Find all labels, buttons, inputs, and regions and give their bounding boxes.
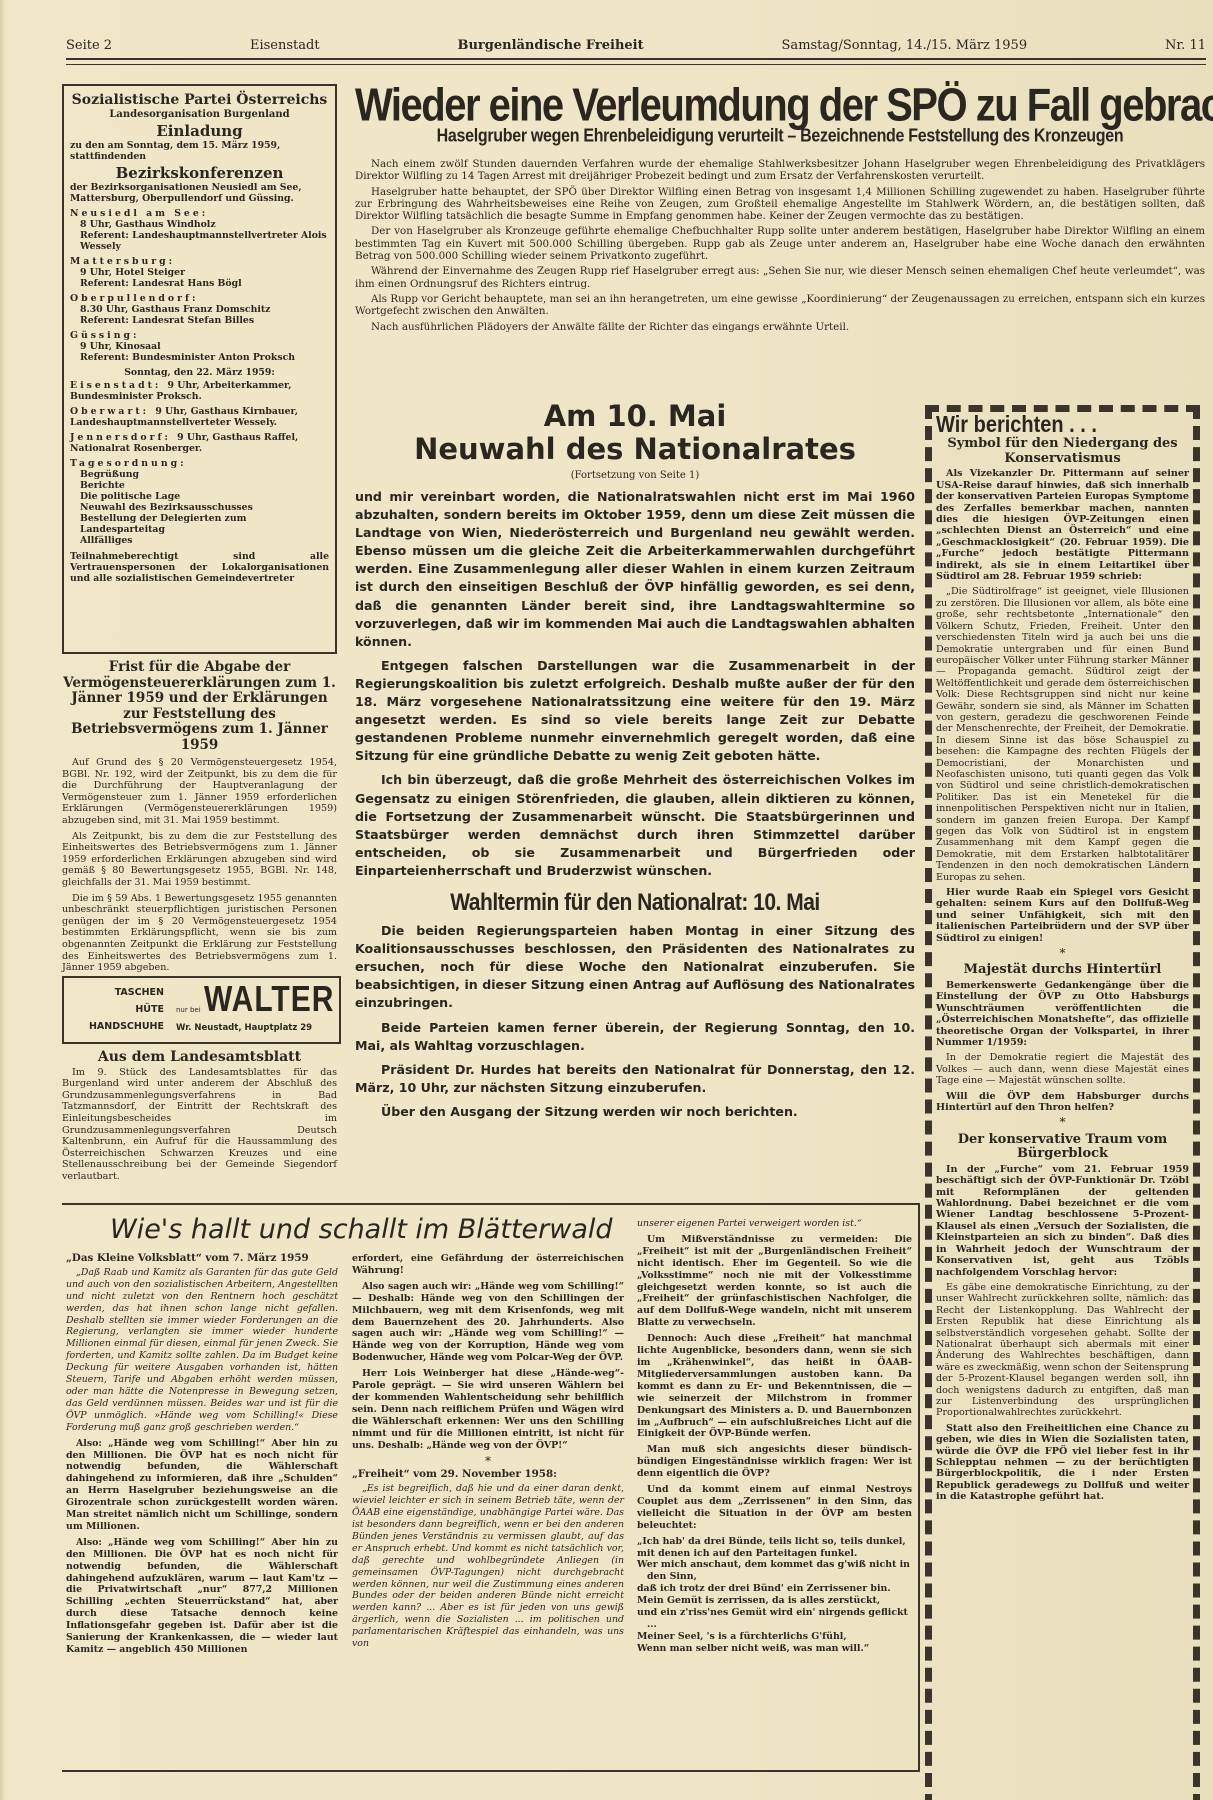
paragraph: „Es ist begreiflich, daß hie und da eine… — [352, 1483, 624, 1650]
ad-brand: WALTER — [204, 980, 334, 1021]
nationalrat-paragraph: Präsident Dr. Hurdes hat bereits den Nat… — [355, 1061, 915, 1097]
lead-headline: Wieder eine Verleumdung der SPÖ zu Fall … — [355, 80, 1205, 131]
continued-note: (Fortsetzung von Seite 1) — [355, 470, 915, 481]
location-item: Neusiedl am See:8 Uhr, Gasthaus Windholz… — [70, 208, 329, 252]
paragraph: Herr Lois Weinberger hat diese „Hände-we… — [352, 1368, 624, 1451]
quote-source: „Freiheit“ vom 29. November 1958: — [352, 1469, 624, 1481]
location-detail: Referent: Landesrat Stefan Billes — [70, 315, 329, 326]
wahltermin-subheadline: Wahltermin für den Nationalrat: 10. Mai — [355, 893, 915, 914]
agenda-label: Tagesordnung: — [70, 458, 329, 469]
blaetterwald-title: Wie's hallt und schallt im Blätterwald — [110, 1214, 613, 1245]
section-paragraph: Hier wurde Raab ein Spiegel vors Gesicht… — [936, 887, 1189, 944]
separator-star: * — [936, 1117, 1189, 1128]
paragraph: Also: „Hände weg vom Schilling!“ Aber hi… — [66, 1537, 338, 1656]
agenda-item: Bestellung der Delegierten zum Landespar… — [80, 513, 329, 535]
location-item: Güssing:9 Uhr, KinosaalReferent: Bundesm… — [70, 330, 329, 363]
verse-line: Mein Gemüt is zerrissen, da is alles zer… — [637, 1595, 912, 1607]
blaetterwald-col-2: erfordert, eine Gefährdung der österreic… — [352, 1253, 624, 1654]
issue-date: Samstag/Sonntag, 14./15. März 1959 — [782, 38, 1028, 56]
ad-item: HANDSCHUHE — [74, 1018, 164, 1035]
location-name: Oberwart: — [70, 406, 155, 417]
frist-body: Auf Grund des § 20 Vermögensteuergesetz … — [62, 757, 337, 974]
page-number: Seite 2 — [66, 38, 112, 56]
lead-paragraph: Als Rupp vor Gericht behauptete, man sei… — [355, 293, 1205, 318]
location-name: Mattersburg: — [70, 256, 329, 267]
invitation-footer: Teilnahmeberechtigt sind alle Vertrauens… — [70, 551, 329, 584]
nationalrat-paragraph: Über den Ausgang der Sitzung werden wir … — [355, 1103, 915, 1121]
second-date: Sonntag, den 22. März 1959: — [70, 367, 329, 378]
ad-item: HÜTE — [74, 1001, 164, 1018]
masthead: Seite 2 Eisenstadt Burgenländische Freih… — [66, 38, 1206, 56]
location-detail: 8.30 Uhr, Gasthaus Franz Domschitz — [70, 304, 329, 315]
ad-items: TASCHENHÜTEHANDSCHUHE — [74, 984, 164, 1035]
ad-address: Wr. Neustadt, Hauptplatz 29 — [176, 1023, 312, 1033]
section-paragraph: Es gäbe eine demokratische Einrichtung, … — [936, 1282, 1189, 1419]
section-paragraph: Statt also den Freiheitlichen eine Chanc… — [936, 1423, 1189, 1503]
section-paragraph: Will die ÖVP dem Habsburger durchs Hinte… — [936, 1091, 1189, 1114]
separator-star: * — [936, 948, 1189, 959]
ad-nurbei: nur bei — [176, 1006, 201, 1014]
agenda-item: Die politische Lage — [80, 491, 329, 502]
agenda-list: BegrüßungBerichteDie politische LageNeuw… — [70, 469, 329, 546]
blaetterwald-col-1: „Das Kleine Volksblatt“ vom 7. März 1959… — [66, 1253, 338, 1660]
invitation-heading: Bezirkskonferenzen — [70, 168, 329, 179]
headline-line-1: Am 10. Mai — [355, 400, 915, 433]
paragraph: Und da kommt einem auf einmal Nestroys C… — [637, 1484, 912, 1532]
agenda-item: Allfälliges — [80, 535, 329, 546]
location-item: Jennersdorf: 9 Uhr, Gasthaus Raffel, Nat… — [70, 432, 329, 454]
paper-name: Burgenländische Freiheit — [457, 38, 643, 56]
location-item: Oberwart: 9 Uhr, Gasthaus Kirnbauer, Lan… — [70, 406, 329, 428]
nationalrat-paragraph: Entgegen falschen Darstellungen war die … — [355, 657, 915, 766]
newspaper-page: Seite 2 Eisenstadt Burgenländische Freih… — [0, 0, 1213, 1800]
frist-paragraph: Die im § 59 Abs. 1 Bewertungsgesetz 1955… — [62, 893, 337, 974]
paragraph: „Daß Raab und Kamitz als Garanten für da… — [66, 1267, 338, 1434]
invitation-org: Sozialistische Partei Österreichs — [70, 92, 329, 109]
ad-item: TASCHEN — [74, 984, 164, 1001]
location-detail: Referent: Landesrat Hans Bögl — [70, 278, 329, 289]
location-list-2: Eisenstadt: 9 Uhr, Arbeiterkammer, Bunde… — [70, 380, 329, 454]
location-name: Jennersdorf: — [70, 432, 177, 443]
lead-body: Nach einem zwölf Stunden dauernden Verfa… — [355, 158, 1205, 336]
nationalrat-headline: Am 10. Mai Neuwahl des Nationalrates — [355, 400, 915, 466]
verse-line: und ein z'riss'nes Gemüt wird ein' nirge… — [637, 1607, 912, 1631]
nationalrat-paragraph: Beide Parteien kamen ferner überein, der… — [355, 1019, 915, 1055]
invitation-box: Sozialistische Partei Österreichs Landes… — [62, 84, 337, 654]
frist-paragraph: Auf Grund des § 20 Vermögensteuergesetz … — [62, 757, 337, 827]
paragraph: erfordert, eine Gefährdung der österreic… — [352, 1253, 624, 1277]
location-name: Oberpullendorf: — [70, 293, 329, 304]
wir-berichten-title: Wir berichten . . . — [936, 419, 1189, 432]
lead-paragraph: Während der Einvernahme des Zeugen Rupp … — [355, 265, 1205, 290]
paragraph: Um Mißverständnisse zu vermeiden: Die „F… — [637, 1234, 912, 1329]
amtsblatt-text: Im 9. Stück des Landesamtsblattes für da… — [62, 1067, 337, 1183]
frist-title: Frist für die Abgabe der Vermögensteuere… — [62, 660, 337, 753]
verse-line: Meiner Seel, 's is a fürchterlichs G'füh… — [637, 1631, 912, 1643]
location-name: Eisenstadt: — [70, 380, 168, 391]
nationalrat-body: und mir vereinbart worden, die Nationalr… — [355, 488, 915, 1127]
masthead-rule — [66, 58, 1206, 65]
paragraph: Also sagen auch wir: „Hände weg vom Schi… — [352, 1281, 624, 1364]
nationalrat-paragraph: Die beiden Regierungsparteien haben Mont… — [355, 922, 915, 1012]
section-heading: Symbol für den Niedergang des Konservati… — [936, 437, 1189, 466]
frist-paragraph: Als Zeitpunkt, bis zu dem die zur Festst… — [62, 831, 337, 889]
section-heading: Majestät durchs Hintertürl — [936, 963, 1189, 978]
agenda-item: Begrüßung — [80, 469, 329, 480]
separator-star: * — [352, 1456, 624, 1468]
section-paragraph: „Die Südtirolfrage“ ist geeignet, viele … — [936, 586, 1189, 883]
location-name: Güssing: — [70, 330, 329, 341]
nationalrat-paragraph: und mir vereinbart worden, die Nationalr… — [355, 488, 915, 651]
invitation-intro: zu den am Sonntag, dem 15. März 1959, st… — [70, 140, 329, 162]
invitation-sub: Landesorganisation Burgenland — [70, 109, 329, 120]
location-item: Oberpullendorf:8.30 Uhr, Gasthaus Franz … — [70, 293, 329, 326]
section-paragraph: In der „Furche“ vom 21. Februar 1959 bes… — [936, 1164, 1189, 1278]
verse-line: Wer mich anschaut, dem kommet das g'wiß … — [637, 1559, 912, 1583]
invitation-desc: der Bezirksorganisationen Neusiedl am Se… — [70, 182, 329, 204]
lead-paragraph: Nach ausführlichen Plädoyers der Anwälte… — [355, 321, 1205, 333]
paragraph: Dennoch: Auch diese „Freiheit“ hat manch… — [637, 1333, 912, 1440]
wir-berichten-box: Wir berichten . . . Symbol für den Niede… — [925, 405, 1200, 1800]
quote-source: „Das Kleine Volksblatt“ vom 7. März 1959 — [66, 1253, 338, 1265]
section-paragraph: Bemerkenswerte Gedankengänge über die Ei… — [936, 980, 1189, 1048]
blaetterwald-col-3: unserer eigenen Partei verweigert worden… — [637, 1218, 912, 1655]
verse-line: daß ich trotz der drei Bünd' ein Zerriss… — [637, 1583, 912, 1595]
location-item: Eisenstadt: 9 Uhr, Arbeiterkammer, Bunde… — [70, 380, 329, 402]
place: Eisenstadt — [250, 38, 320, 56]
section-paragraph: In der Demokratie regiert die Majestät d… — [936, 1052, 1189, 1086]
location-detail: 9 Uhr, Hotel Steiger — [70, 267, 329, 278]
location-detail: Referent: Landeshauptmannstellvertreter … — [70, 230, 329, 252]
issue-number: Nr. 11 — [1165, 38, 1206, 56]
paragraph: unserer eigenen Partei verweigert worden… — [637, 1218, 912, 1230]
frist-article: Frist für die Abgabe der Vermögensteuere… — [62, 660, 337, 978]
invitation-title: Einladung — [70, 126, 329, 137]
verse-line: Wenn man selber nicht weiß, was man will… — [637, 1643, 912, 1655]
section-paragraph: Als Vizekanzler Dr. Pittermann auf seine… — [936, 468, 1189, 582]
agenda-item: Berichte — [80, 480, 329, 491]
lead-subhead: Haselgruber wegen Ehrenbeleidigung verur… — [355, 127, 1205, 148]
verse-line: mit denen ich auf den Parteitagen funkel… — [637, 1548, 912, 1560]
paragraph: Man muß sich angesichts dieser bündisch-… — [637, 1444, 912, 1480]
location-list: Neusiedl am See:8 Uhr, Gasthaus Windholz… — [70, 208, 329, 363]
lead-paragraph: Nach einem zwölf Stunden dauernden Verfa… — [355, 158, 1205, 183]
verse-line: „Ich hab' da drei Bünde, teils licht so,… — [637, 1536, 912, 1548]
wir-berichten-sections: Symbol für den Niedergang des Konservati… — [936, 437, 1189, 1502]
lead-paragraph: Der von Haselgruber als Kronzeuge geführ… — [355, 225, 1205, 262]
location-detail: 9 Uhr, Kinosaal — [70, 341, 329, 352]
location-name: Neusiedl am See: — [70, 208, 329, 219]
amtsblatt-article: Aus dem Landesamtsblatt Im 9. Stück des … — [62, 1052, 337, 1187]
agenda-item: Neuwahl des Bezirksausschusses — [80, 502, 329, 513]
lead-paragraph: Haselgruber hatte behauptet, der SPÖ übe… — [355, 186, 1205, 223]
location-item: Mattersburg:9 Uhr, Hotel SteigerReferent… — [70, 256, 329, 289]
amtsblatt-title: Aus dem Landesamtsblatt — [62, 1052, 337, 1064]
location-detail: 8 Uhr, Gasthaus Windholz — [70, 219, 329, 230]
paragraph: Also: „Hände weg vom Schilling!“ Aber hi… — [66, 1438, 338, 1533]
section-heading: Der konservative Traum vom Bürgerblock — [936, 1133, 1189, 1162]
location-detail: Referent: Bundesminister Anton Proksch — [70, 352, 329, 363]
headline-line-2: Neuwahl des Nationalrates — [355, 433, 915, 466]
nationalrat-paragraph: Ich bin überzeugt, daß die große Mehrhei… — [355, 771, 915, 880]
walter-ad: TASCHENHÜTEHANDSCHUHE nur bei WALTER Wr.… — [62, 976, 341, 1044]
